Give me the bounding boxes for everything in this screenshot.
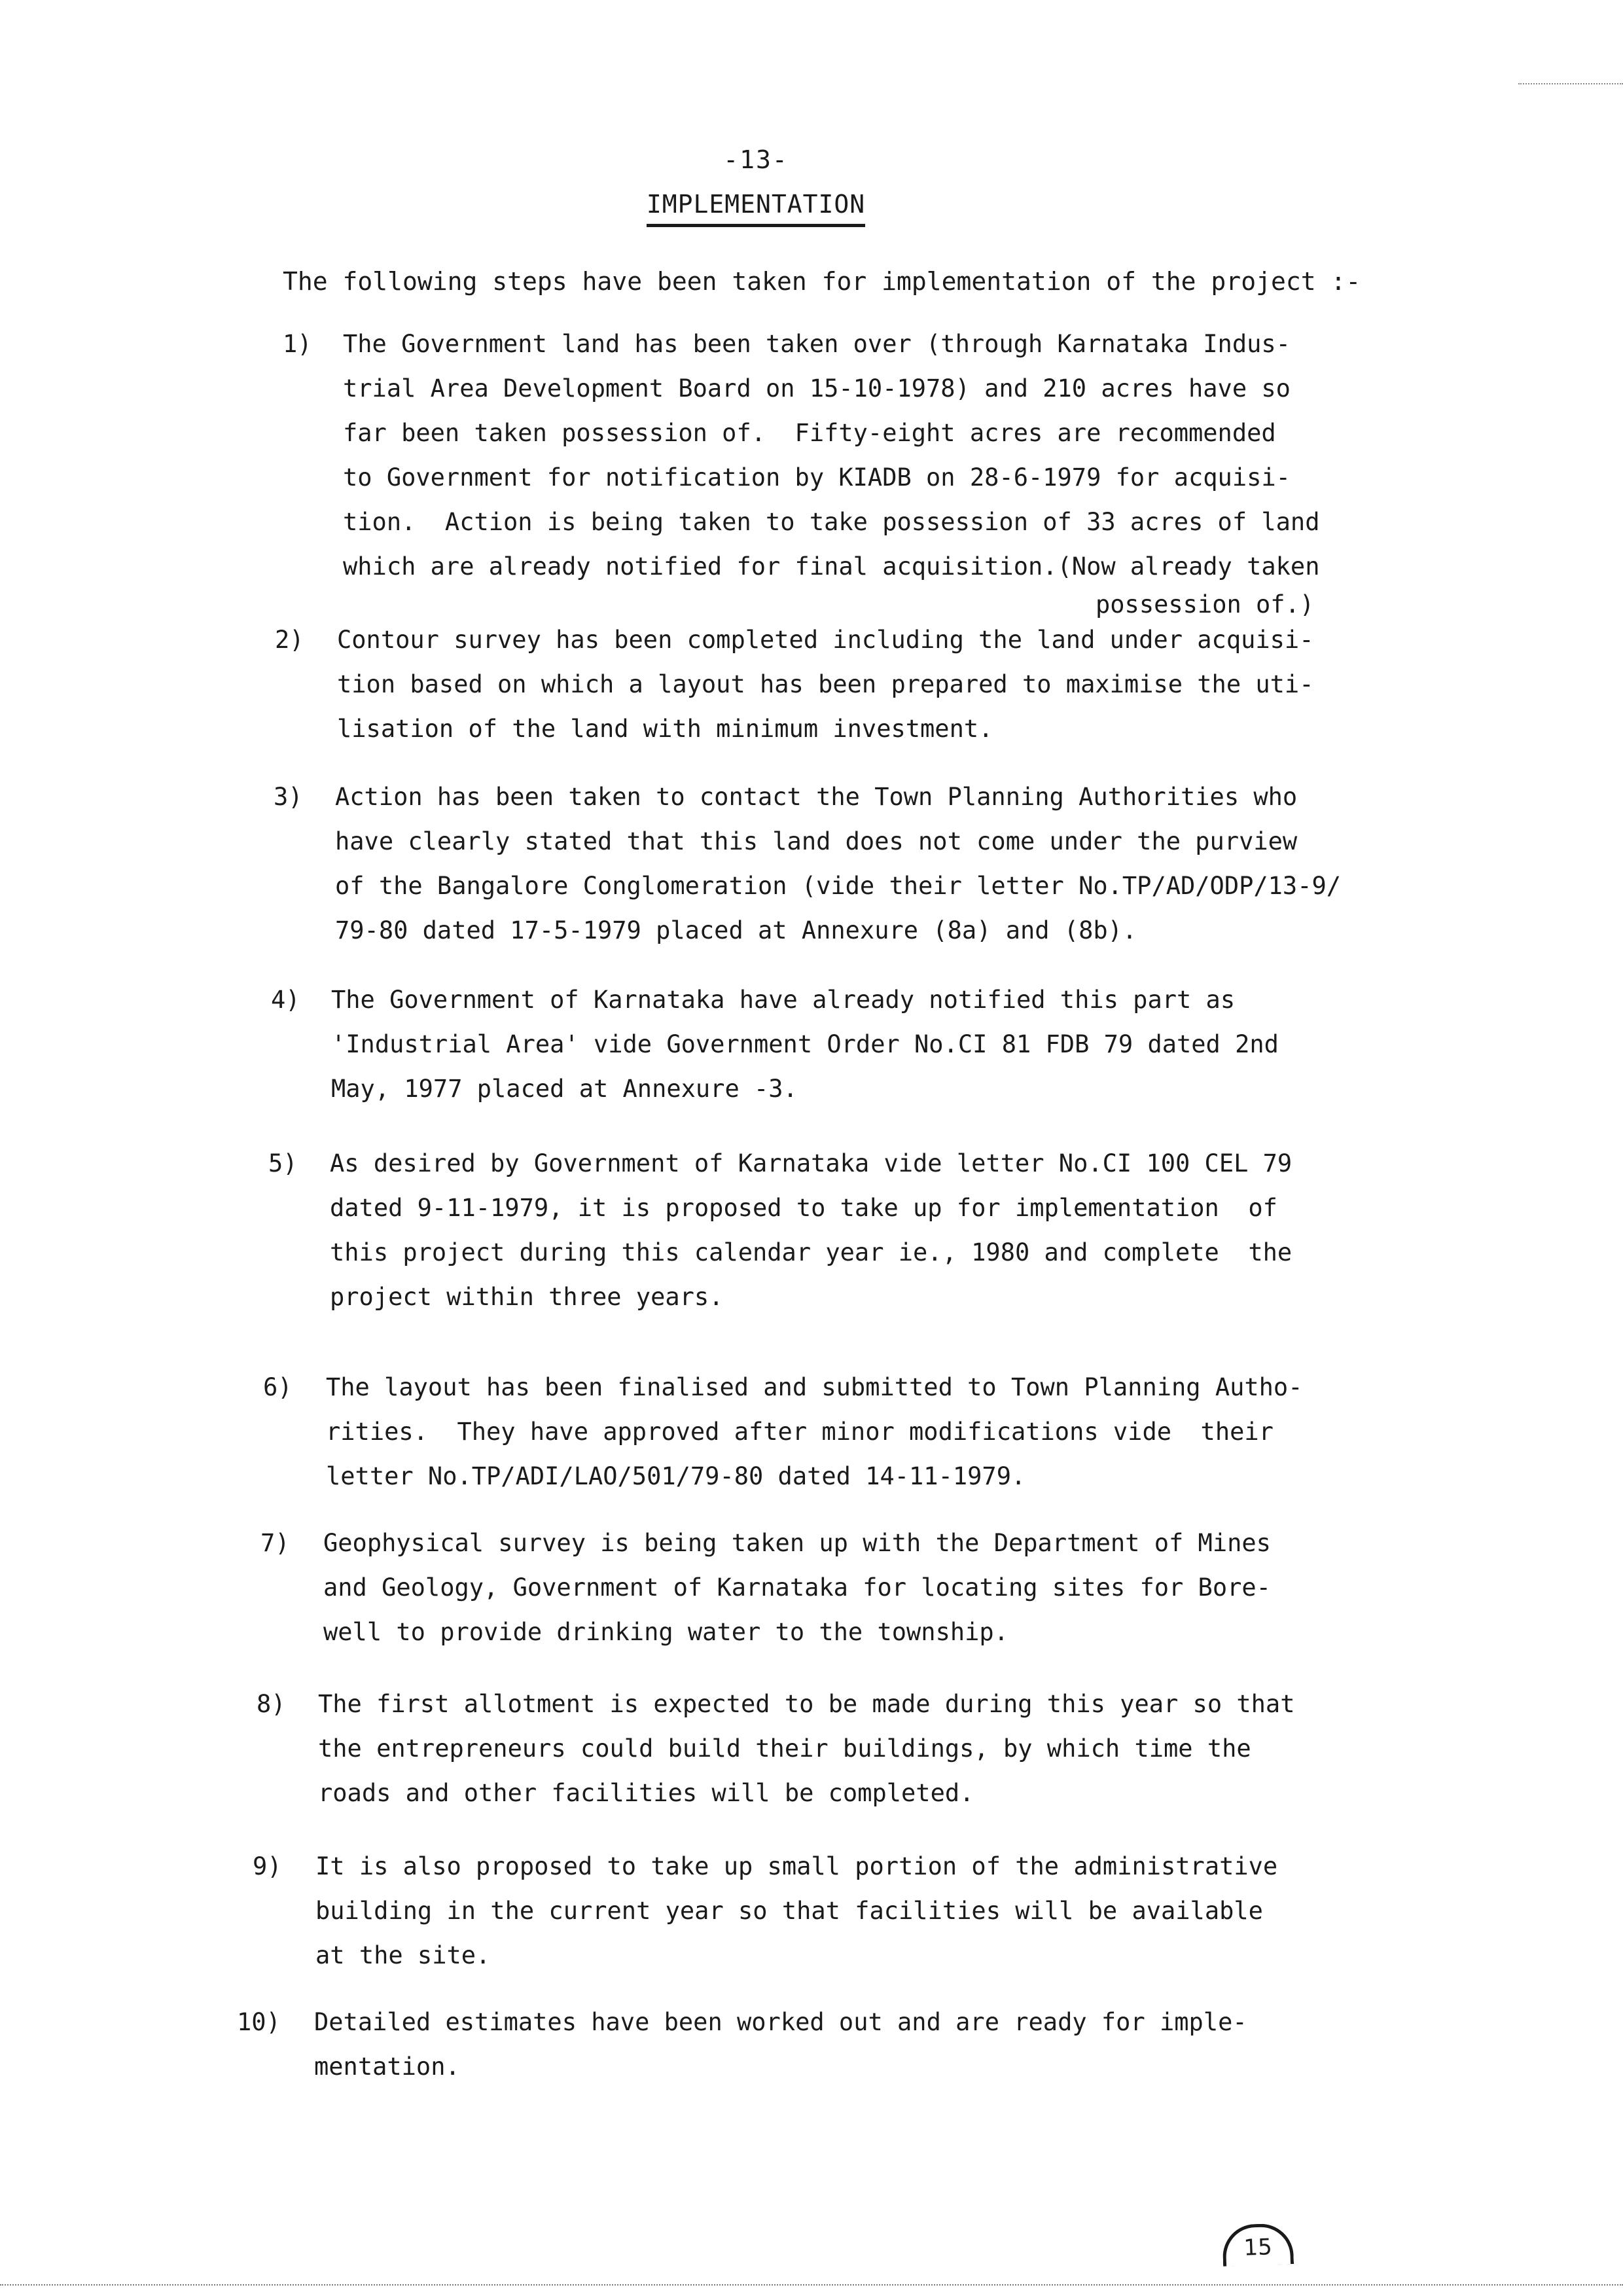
list-item-line: of the Bangalore Conglomeration (vide th…	[335, 864, 1341, 908]
list-item-line: 79-80 dated 17-5-1979 placed at Annexure…	[335, 908, 1341, 953]
list-item-line: The Government land has been taken over …	[343, 322, 1319, 367]
section-heading-text: IMPLEMENTATION	[647, 190, 865, 227]
list-item-line: May, 1977 placed at Annexure -3.	[331, 1067, 1279, 1111]
list-item-line: lisation of the land with minimum invest…	[337, 707, 1313, 751]
list-item-line: have clearly stated that this land does …	[335, 819, 1341, 864]
list-item-number: 6)	[263, 1365, 293, 1410]
list-item-number: 1)	[283, 322, 312, 367]
list-item-line: As desired by Government of Karnataka vi…	[330, 1141, 1292, 1186]
list-item-line: far been taken possession of. Fifty-eigh…	[343, 411, 1319, 456]
list-item-number: 2)	[275, 618, 304, 662]
list-item-line: Detailed estimates have been worked out …	[314, 2000, 1247, 2045]
list-item-line: roads and other facilities will be compl…	[318, 1771, 1294, 1816]
list-item-line: tion based on which a layout has been pr…	[337, 662, 1313, 707]
page-number: -13-	[0, 145, 1512, 174]
list-item-line: at the site.	[315, 1933, 1277, 1978]
list-item-line: rities. They have approved after minor m…	[326, 1410, 1302, 1454]
list-item-line: which are already notified for final acq…	[343, 545, 1319, 589]
list-item-line: the entrepreneurs could build their buil…	[318, 1727, 1294, 1771]
list-item-line: Action has been taken to contact the Tow…	[335, 775, 1341, 819]
list-item-line: to Government for notification by KIADB …	[343, 456, 1319, 500]
list-item-line: project within three years.	[330, 1275, 1292, 1319]
list-item-line: Contour survey has been completed includ…	[337, 618, 1313, 662]
list-item-number: 5)	[268, 1141, 298, 1186]
list-item-line: possession of.)	[343, 589, 1319, 620]
list-item-number: 10)	[237, 2000, 281, 2045]
list-item-line: dated 9-11-1979, it is proposed to take …	[330, 1186, 1292, 1230]
scan-artifact-line	[0, 2284, 1623, 2286]
list-item-line: trial Area Development Board on 15-10-19…	[343, 367, 1319, 411]
list-item-number: 4)	[271, 978, 300, 1022]
list-item-line: 'Industrial Area' vide Government Order …	[331, 1022, 1279, 1067]
scan-artifact-line	[1518, 83, 1623, 84]
list-item-line: building in the current year so that fac…	[315, 1889, 1277, 1933]
handwritten-page-mark: 15	[1222, 2223, 1294, 2267]
list-item-line: this project during this calendar year i…	[330, 1230, 1292, 1275]
list-item-line: mentation.	[314, 2045, 1247, 2089]
list-item-line: The first allotment is expected to be ma…	[318, 1682, 1294, 1727]
list-item-number: 8)	[257, 1682, 286, 1727]
list-item-number: 9)	[253, 1844, 282, 1889]
intro-paragraph: The following steps have been taken for …	[283, 267, 1361, 296]
list-item-line: well to provide drinking water to the to…	[323, 1610, 1271, 1655]
list-item-line: letter No.TP/ADI/LAO/501/79-80 dated 14-…	[326, 1454, 1302, 1499]
section-heading: IMPLEMENTATION	[0, 190, 1512, 227]
list-item-line: The layout has been finalised and submit…	[326, 1365, 1302, 1410]
list-item-line: Geophysical survey is being taken up wit…	[323, 1521, 1271, 1566]
list-item-line: The Government of Karnataka have already…	[331, 978, 1279, 1022]
list-item-line: tion. Action is being taken to take poss…	[343, 500, 1319, 545]
list-item-number: 3)	[274, 775, 303, 819]
list-item-line: and Geology, Government of Karnataka for…	[323, 1566, 1271, 1610]
list-item-number: 7)	[260, 1521, 290, 1566]
list-item-line: It is also proposed to take up small por…	[315, 1844, 1277, 1889]
